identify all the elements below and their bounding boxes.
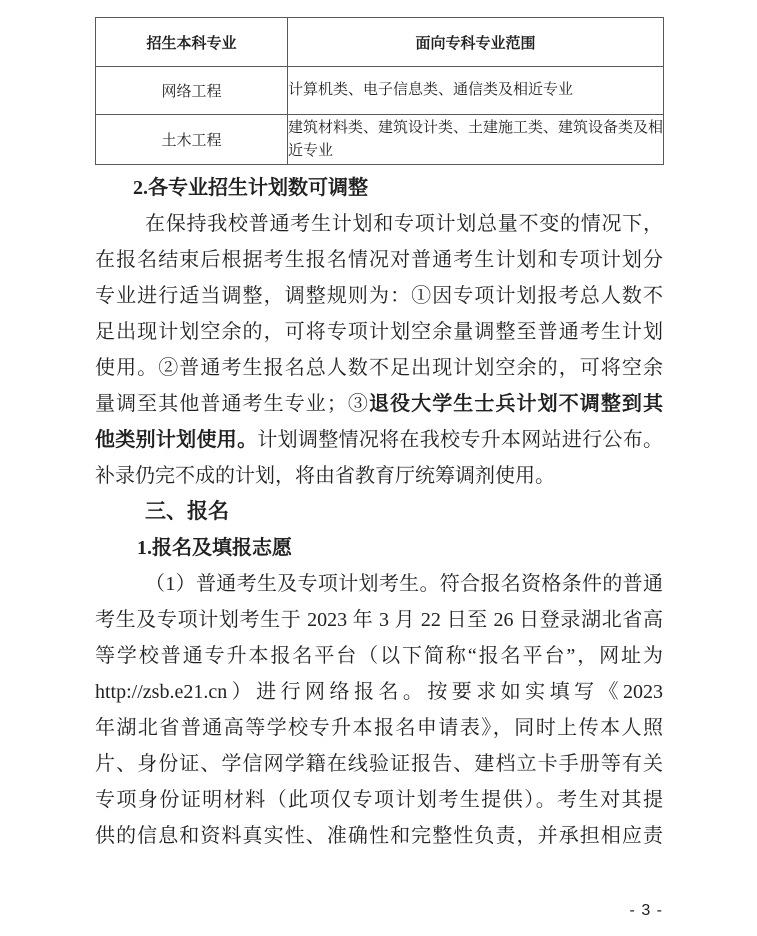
paragraph-line: 他类别计划使用。计划调整情况将在我校专升本网站进行公布。 — [95, 422, 663, 458]
document-page: 招生本科专业 面向专科专业范围 网络工程 计算机类、电子信息类、通信类及相近专业… — [0, 0, 757, 936]
paragraph-line: 在保持我校普通考生计划和专项计划总量不变的情况下， — [95, 206, 663, 242]
cell-major: 土木工程 — [96, 115, 288, 165]
paragraph-line: （1）普通考生及专项计划考生。符合报名资格条件的普通 — [95, 566, 663, 602]
cell-scope: 建筑材料类、建筑设计类、土建施工类、建筑设备类及相近专业 — [288, 115, 664, 165]
document-content: 招生本科专业 面向专科专业范围 网络工程 计算机类、电子信息类、通信类及相近专业… — [95, 17, 663, 854]
paragraph-line: 使用。②普通考生报名总人数不足出现计划空余的，可将空余 — [95, 350, 663, 386]
bold-text: 他类别计划使用。 — [95, 429, 257, 451]
header-cell-major: 招生本科专业 — [96, 18, 288, 67]
paragraph-line: 年湖北省普通高等学校专升本报名申请表》，同时上传本人照 — [95, 710, 663, 746]
sub-heading-enroll: 1.报名及填报志愿 — [95, 530, 663, 566]
bold-text: 退役大学生士兵计划不调整到其 — [369, 393, 663, 415]
paragraph-line: 在报名结束后根据考生报名情况对普通考生计划和专项计划分 — [95, 242, 663, 278]
paragraph-plan-adjust: 在保持我校普通考生计划和专项计划总量不变的情况下， 在报名结束后根据考生报名情况… — [95, 206, 663, 494]
section-heading-plan-adjust: 2.各专业招生计划数可调整 — [95, 170, 663, 206]
page-number: - 3 - — [630, 901, 663, 921]
cell-major: 网络工程 — [96, 67, 288, 115]
paragraph-line: 供的信息和资料真实性、准确性和完整性负责，并承担相应责 — [95, 818, 663, 854]
cell-scope: 计算机类、电子信息类、通信类及相近专业 — [288, 67, 664, 115]
paragraph-line: 专项身份证明材料（此项仅专项计划考生提供）。考生对其提 — [95, 782, 663, 818]
majors-table: 招生本科专业 面向专科专业范围 网络工程 计算机类、电子信息类、通信类及相近专业… — [95, 17, 664, 165]
paragraph-enroll: （1）普通考生及专项计划考生。符合报名资格条件的普通 考生及专项计划考生于 20… — [95, 566, 663, 854]
paragraph-line: 专业进行适当调整，调整规则为：①因专项计划报考总人数不 — [95, 278, 663, 314]
table-header-row: 招生本科专业 面向专科专业范围 — [96, 18, 664, 67]
header-cell-scope: 面向专科专业范围 — [288, 18, 664, 67]
table-row: 网络工程 计算机类、电子信息类、通信类及相近专业 — [96, 67, 664, 115]
paragraph-line: 足出现计划空余的，可将专项计划空余量调整至普通考生计划 — [95, 314, 663, 350]
table-row: 土木工程 建筑材料类、建筑设计类、土建施工类、建筑设备类及相近专业 — [96, 115, 664, 165]
paragraph-line: http://zsb.e21.cn）进行网络报名。按要求如实填写《2023 — [95, 674, 663, 710]
paragraph-line: 等学校普通专升本报名平台（以下简称“报名平台”，网址为 — [95, 638, 663, 674]
paragraph-line: 补录仍完不成的计划，将由省教育厅统筹调剂使用。 — [95, 458, 663, 494]
paragraph-line: 片、身份证、学信网学籍在线验证报告、建档立卡手册等有关 — [95, 746, 663, 782]
section-heading-signup: 三、报名 — [95, 494, 663, 530]
paragraph-text: 计划调整情况将在我校专升本网站进行公布。 — [257, 429, 663, 451]
paragraph-line: 量调至其他普通考生专业；③退役大学生士兵计划不调整到其 — [95, 386, 663, 422]
paragraph-line: 考生及专项计划考生于 2023 年 3 月 22 日至 26 日登录湖北省高 — [95, 602, 663, 638]
paragraph-text: 量调至其他普通考生专业；③ — [95, 393, 369, 415]
